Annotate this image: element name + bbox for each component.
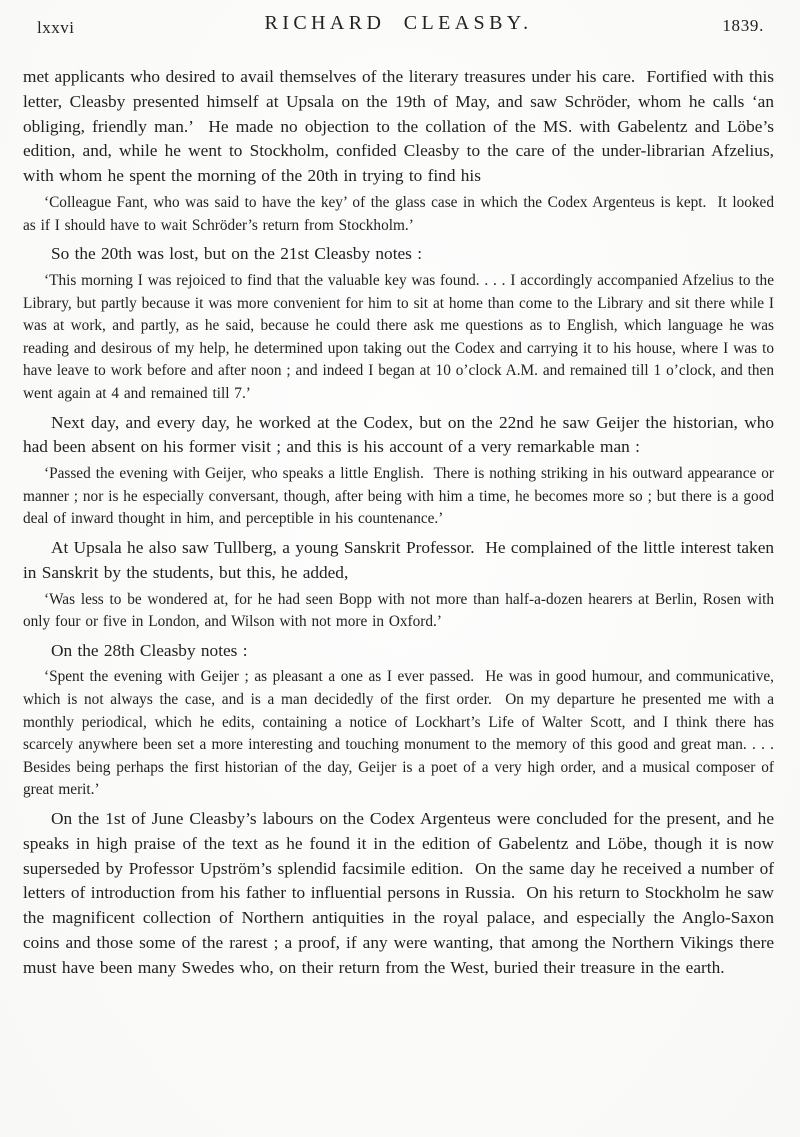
quote-paragraph: ‘Spent the evening with Geijer ; as plea… xyxy=(23,666,774,802)
quote-paragraph: ‘This morning I was rejoiced to find tha… xyxy=(23,270,774,406)
paragraph: So the 20th was lost, but on the 21st Cl… xyxy=(23,242,774,267)
page-body: met applicants who desired to avail them… xyxy=(23,65,774,981)
quote-paragraph: ‘Was less to be wondered at, for he had … xyxy=(23,589,774,634)
running-header: lxxvi RICHARD CLEASBY. 1839. xyxy=(23,12,774,42)
paragraph: At Upsala he also saw Tullberg, a young … xyxy=(23,536,774,586)
book-page: lxxvi RICHARD CLEASBY. 1839. met applica… xyxy=(0,0,800,1137)
paragraph: On the 28th Cleasby notes : xyxy=(23,639,774,664)
paragraph: On the 1st of June Cleasby’s labours on … xyxy=(23,807,774,981)
running-title: RICHARD CLEASBY. xyxy=(23,12,774,35)
paragraph-continuation: met applicants who desired to avail them… xyxy=(23,65,774,189)
paragraph: Next day, and every day, he worked at th… xyxy=(23,411,774,461)
quote-paragraph: ‘Passed the evening with Geijer, who spe… xyxy=(23,463,774,531)
quote-paragraph: ‘Colleague Fant, who was said to have th… xyxy=(23,192,774,237)
year-label: 1839. xyxy=(722,16,764,36)
